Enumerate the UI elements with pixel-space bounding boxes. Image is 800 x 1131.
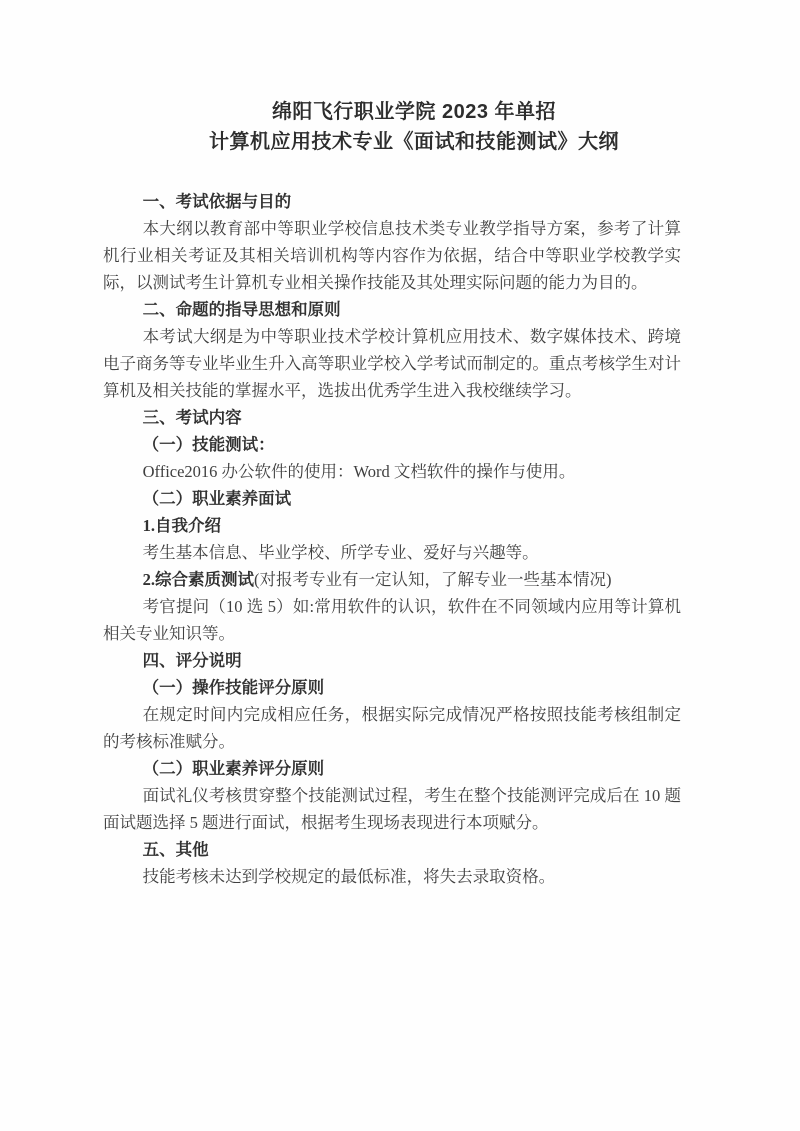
- section3-sub2-heading: （二）职业素养面试: [103, 485, 681, 512]
- section5-heading: 五、其他: [103, 836, 681, 863]
- section5-paragraph: 技能考核未达到学校规定的最低标准，将失去录取资格。: [103, 863, 681, 890]
- section4-sub2-heading: （二）职业素养评分原则: [103, 755, 681, 782]
- section3-item1-paragraph: 考生基本信息、毕业学校、所学专业、爱好与兴趣等。: [103, 539, 681, 566]
- scanned-document-page: 绵阳飞行职业学院 2023 年单招 计算机应用技术专业《面试和技能测试》大纲 一…: [0, 0, 800, 1131]
- section4-sub1-paragraph: 在规定时间内完成相应任务，根据实际完成情况严格按照技能考核组制定的考核标准赋分。: [103, 701, 681, 755]
- section4-sub1-heading: （一）操作技能评分原则: [103, 674, 681, 701]
- document-content: 绵阳飞行职业学院 2023 年单招 计算机应用技术专业《面试和技能测试》大纲 一…: [103, 97, 681, 890]
- document-title-line1: 绵阳飞行职业学院 2023 年单招: [125, 97, 703, 127]
- document-title: 绵阳飞行职业学院 2023 年单招 计算机应用技术专业《面试和技能测试》大纲: [125, 97, 703, 157]
- section3-item1-heading: 1.自我介绍: [103, 512, 681, 539]
- section3-item2-heading: 2.综合素质测试(对报考专业有一定认知，了解专业一些基本情况): [103, 566, 681, 593]
- section3-heading: 三、考试内容: [103, 404, 681, 431]
- section3-item2-paragraph: 考官提问（10 选 5）如:常用软件的认识，软件在不同领域内应用等计算机相关专业…: [103, 593, 681, 647]
- section2-heading: 二、命题的指导思想和原则: [103, 296, 681, 323]
- section1-paragraph: 本大纲以教育部中等职业学校信息技术类专业教学指导方案，参考了计算机行业相关考证及…: [103, 215, 681, 296]
- section3-sub1-paragraph: Office2016 办公软件的使用：Word 文档软件的操作与使用。: [103, 458, 681, 485]
- document-title-line2: 计算机应用技术专业《面试和技能测试》大纲: [125, 127, 703, 157]
- section4-heading: 四、评分说明: [103, 647, 681, 674]
- section4-sub2-paragraph: 面试礼仪考核贯穿整个技能测试过程，考生在整个技能测评完成后在 10 题面试题选择…: [103, 782, 681, 836]
- section3-sub1-heading: （一）技能测试：: [103, 431, 681, 458]
- section3-item2-heading-bold: 2.综合素质测试: [143, 570, 254, 589]
- section1-heading: 一、考试依据与目的: [103, 188, 681, 215]
- section2-paragraph: 本考试大纲是为中等职业技术学校计算机应用技术、数字媒体技术、跨境电子商务等专业毕…: [103, 323, 681, 404]
- section3-item2-heading-note: (对报考专业有一定认知，了解专业一些基本情况): [254, 570, 612, 589]
